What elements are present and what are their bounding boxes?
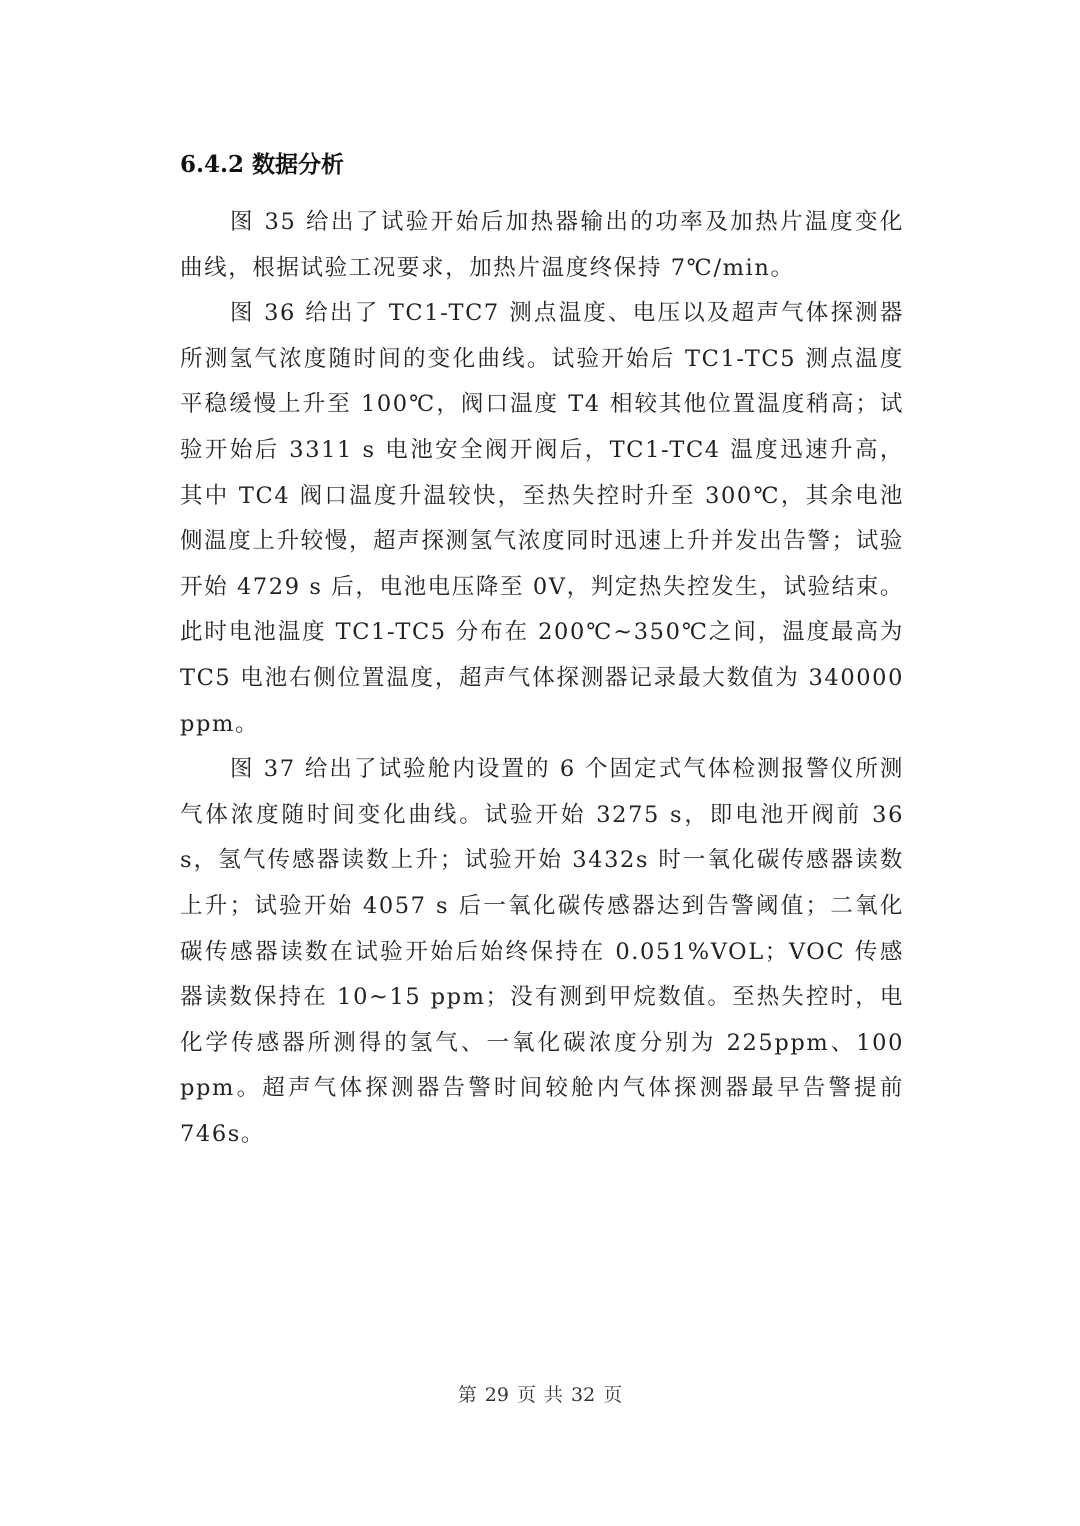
section-heading: 6.4.2 数据分析 — [180, 148, 344, 182]
total-page-count: 32 — [571, 1384, 595, 1406]
page-prefix: 第 — [458, 1384, 477, 1406]
body-text: 图 35 给出了试验开始后加热器输出的功率及加热片温度变化曲线，根据试验工况要求… — [180, 200, 904, 1157]
page-word: 页 — [517, 1384, 536, 1406]
page-footer: 第29页共32页 — [0, 1380, 1080, 1410]
total-prefix: 共 — [544, 1384, 563, 1406]
current-page-number: 29 — [485, 1384, 509, 1406]
paragraph-figure-35: 图 35 给出了试验开始后加热器输出的功率及加热片温度变化曲线，根据试验工况要求… — [180, 200, 904, 291]
total-suffix: 页 — [603, 1384, 622, 1406]
paragraph-figure-36: 图 36 给出了 TC1-TC7 测点温度、电压以及超声气体探测器所测氢气浓度随… — [180, 291, 904, 747]
paragraph-figure-37: 图 37 给出了试验舱内设置的 6 个固定式气体检测报警仪所测气体浓度随时间变化… — [180, 747, 904, 1157]
document-page: 6.4.2 数据分析 图 35 给出了试验开始后加热器输出的功率及加热片温度变化… — [0, 0, 1080, 1526]
